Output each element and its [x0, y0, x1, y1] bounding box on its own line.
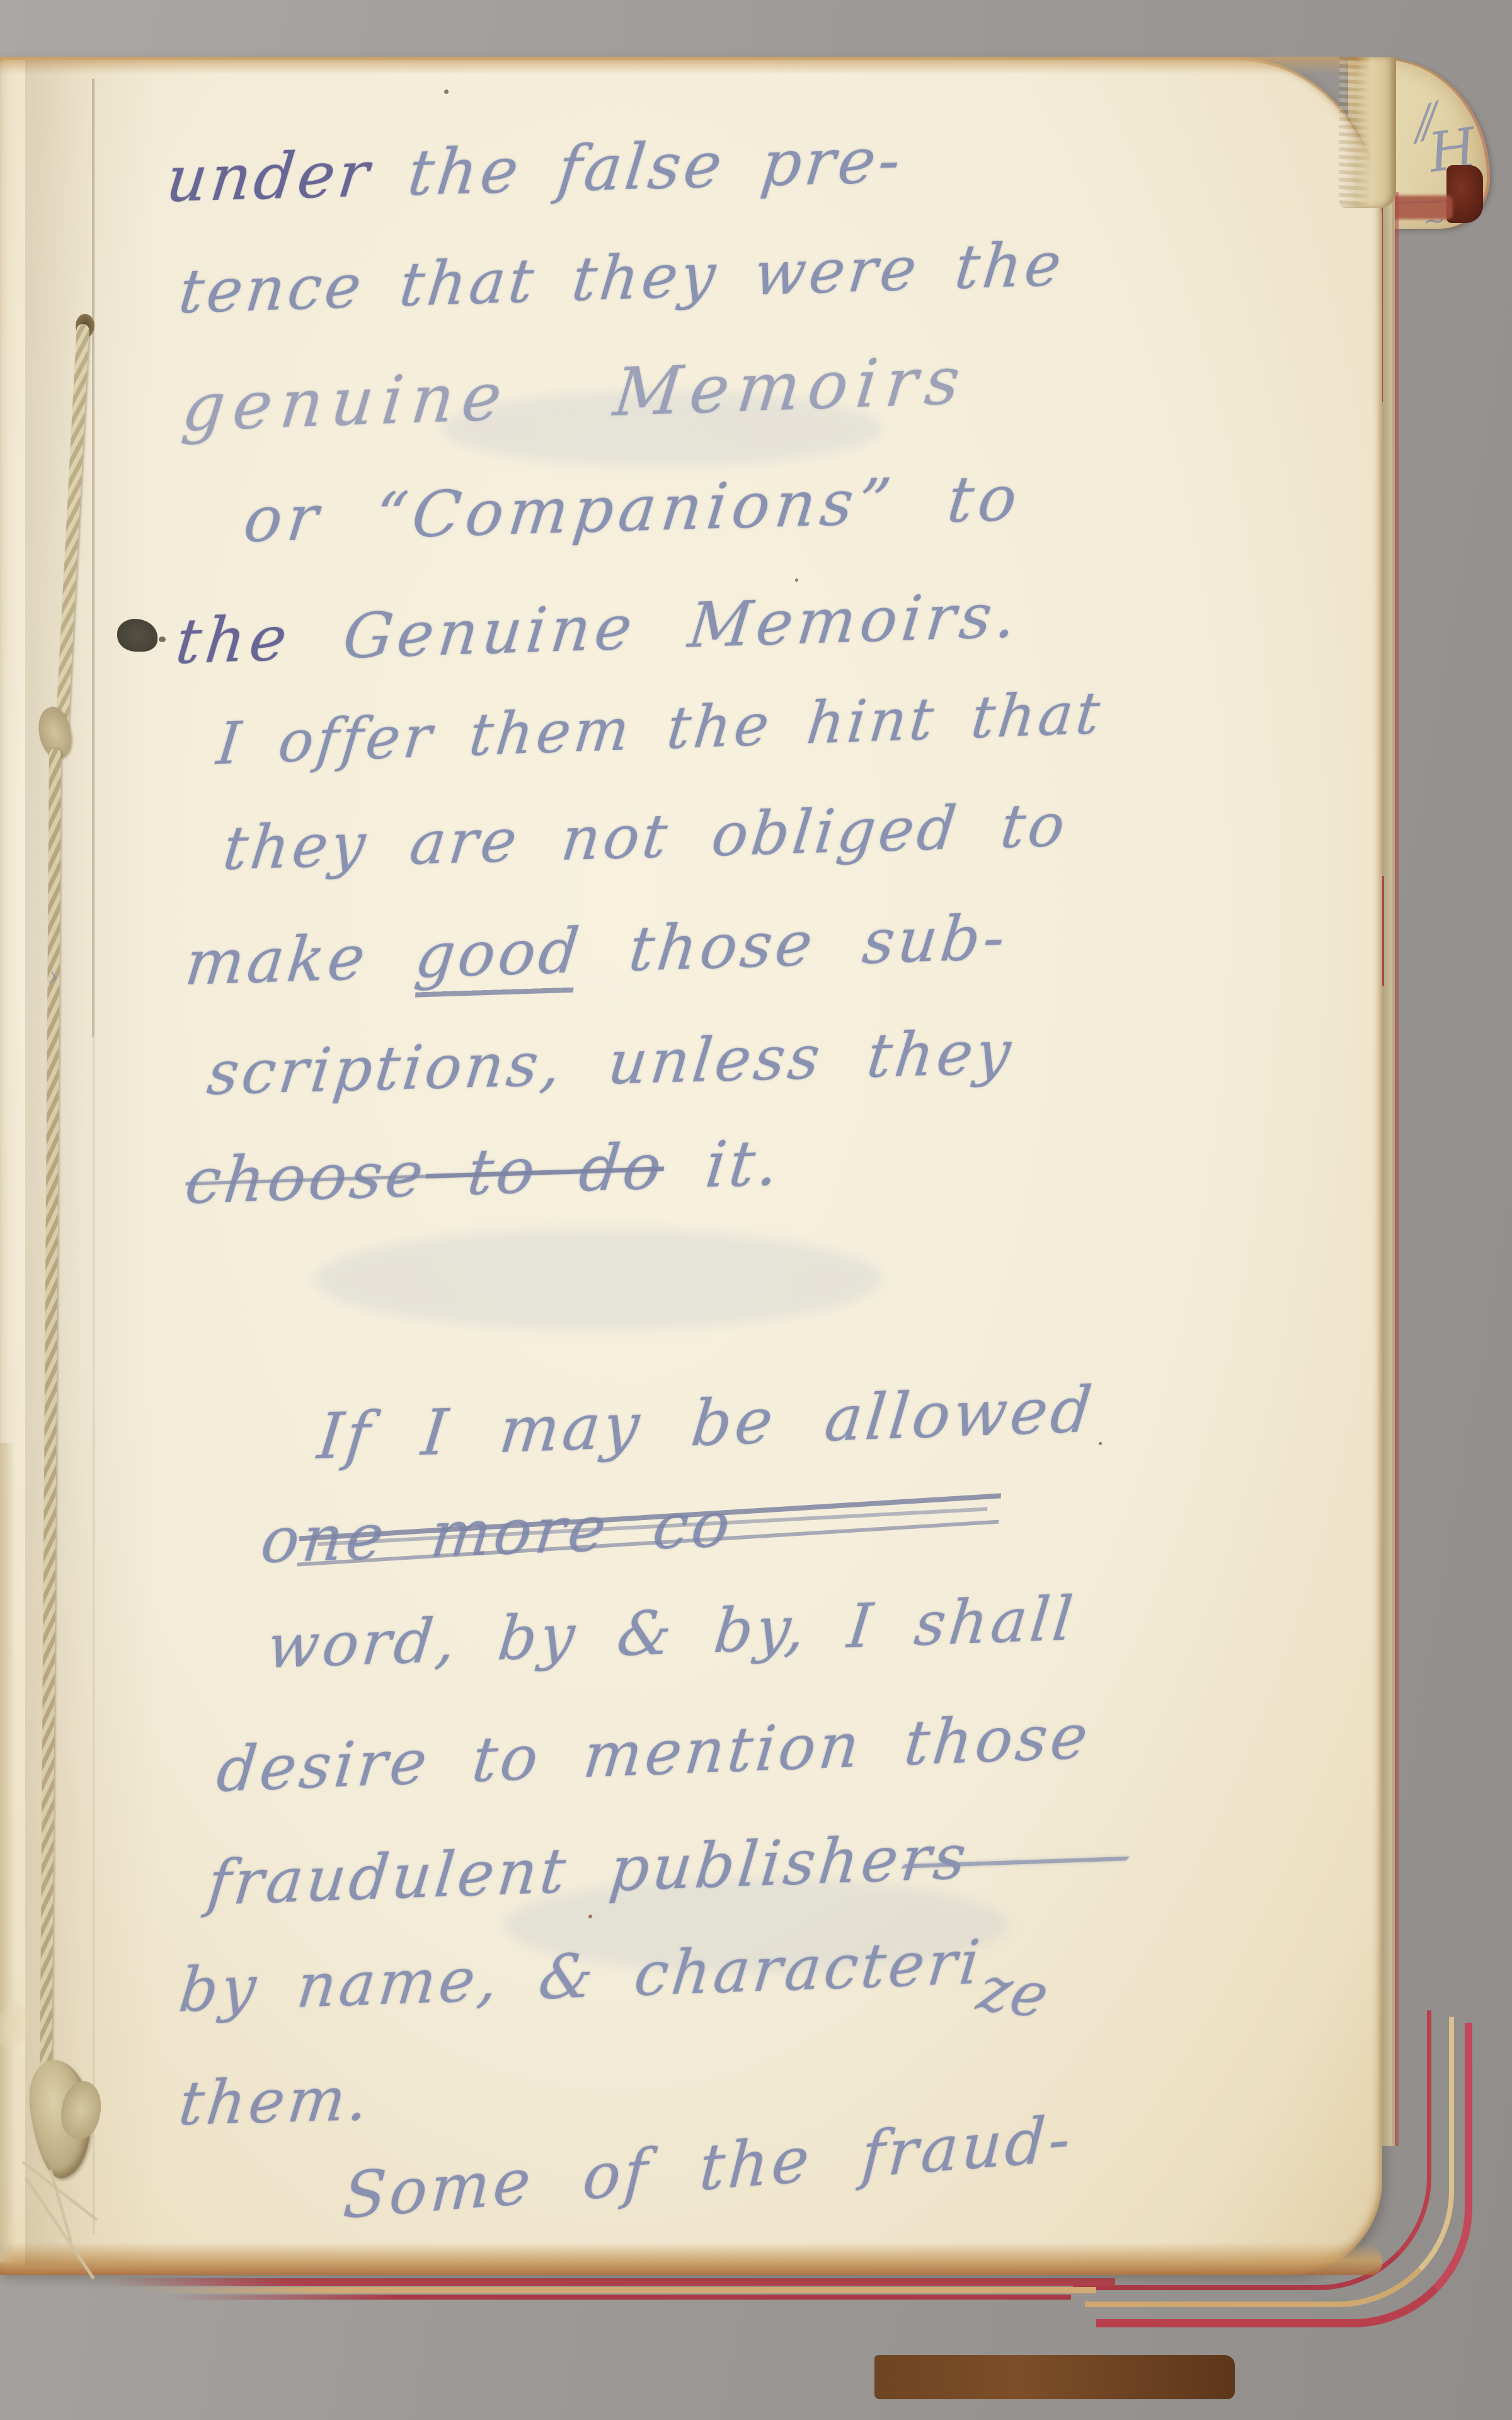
bottom-stain: [874, 2355, 1235, 2399]
paper-speck: [444, 89, 449, 94]
paper-speck: [795, 579, 798, 582]
handwriting-segment-struck: choose: [182, 1137, 430, 1218]
handwriting-flourish-dash: —: [890, 1822, 1155, 1893]
handwriting-segment: the: [173, 602, 295, 678]
show-through-smudge: [315, 1229, 882, 1330]
bottom-tan-edge: [132, 2287, 1096, 2293]
handwriting-segment: the false pre-: [367, 123, 907, 210]
paper-speck: [1099, 1442, 1102, 1445]
handwriting-segment: those sub-: [578, 902, 1011, 988]
handwriting-segment-scratched-out: co: [650, 1484, 1009, 1559]
handwriting-segment: it.: [660, 1126, 785, 1203]
page-crease-lower: [93, 1037, 94, 2234]
handwriting-line: choose to do it.: [183, 1131, 785, 1213]
bottom-red-edge: [107, 2278, 1115, 2286]
handwriting-line: them.: [176, 2068, 375, 2134]
scanned-notebook-photo: ⁄⁄ H ——— ~·~~ › under the false pre- ten…: [0, 0, 1512, 2420]
left-page-edge: [0, 1443, 15, 2262]
curled-corner: [1339, 57, 1396, 208]
page-crease: [92, 79, 94, 1037]
handwriting-segment: make: [182, 920, 420, 1000]
handwriting-segment: under: [163, 137, 375, 216]
handwriting-segment: them.: [176, 2063, 375, 2139]
handwriting-line: under the false pre-: [163, 129, 907, 211]
bottom-red-edge-2: [170, 2295, 1071, 2300]
handwriting-segment-struck: to do: [422, 1129, 668, 1211]
handwriting-segment-underlined: good: [411, 915, 585, 993]
red-edge-smear: [1390, 195, 1453, 219]
